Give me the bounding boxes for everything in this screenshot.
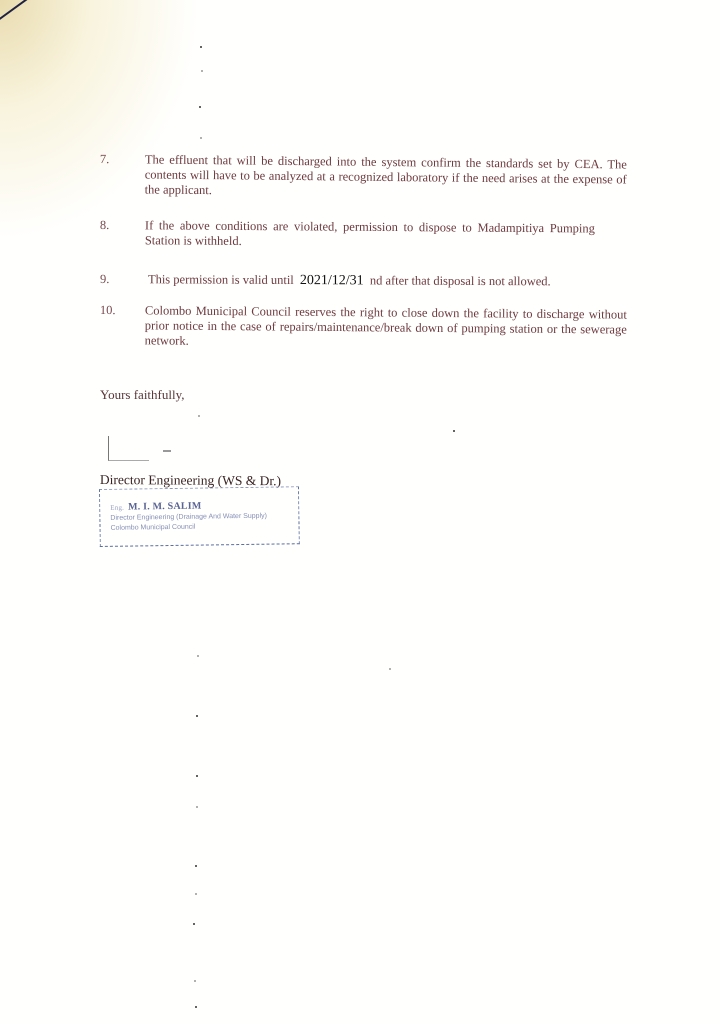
- scan-speck: [200, 46, 202, 48]
- page-fold-line: [0, 0, 59, 23]
- condition-number: 9.: [100, 272, 130, 287]
- stamp-prefix: Eng.: [110, 504, 124, 512]
- scan-speck: [199, 106, 201, 108]
- scan-speck: [389, 668, 391, 670]
- validity-date: 2021/12/31: [297, 273, 367, 288]
- condition-text: Colombo Municipal Council reserves the r…: [145, 303, 627, 352]
- condition-text: This permission is valid until 2021/12/3…: [148, 272, 648, 290]
- condition-number: 8.: [100, 218, 130, 233]
- scan-speck: [453, 430, 455, 432]
- stamp-title: Director Engineering (Drainage And Water…: [110, 513, 267, 522]
- signature-mark: [108, 436, 149, 461]
- official-stamp: Eng.M. I. M. SALIM Director Engineering …: [99, 486, 300, 547]
- scan-speck: [193, 923, 195, 925]
- scan-speck: [196, 715, 198, 717]
- scan-speck: [196, 806, 198, 808]
- condition-text: If the above conditions are violated, pe…: [145, 218, 595, 251]
- scan-speck: [195, 865, 197, 867]
- condition-number: 10.: [100, 303, 130, 318]
- scan-speck: [194, 980, 196, 982]
- condition-number: 7.: [100, 152, 130, 167]
- scan-speck: [196, 775, 198, 777]
- stamp-name: M. I. M. SALIM: [128, 501, 202, 513]
- validity-text-after: nd after that disposal is not allowed.: [370, 273, 551, 288]
- condition-text: The effluent that will be discharged int…: [145, 152, 627, 202]
- closing-salutation: Yours faithfully,: [100, 387, 185, 403]
- stamp-organization: Colombo Municipal Council: [111, 524, 196, 532]
- scan-speck: [200, 137, 202, 139]
- scan-speck: [195, 1006, 197, 1008]
- scan-speck: [201, 70, 203, 72]
- stamp-name-line: Eng.M. I. M. SALIM: [110, 501, 201, 513]
- document-page: 7. The effluent that will be discharged …: [0, 0, 720, 1024]
- scan-speck: [195, 893, 197, 895]
- scan-speck: [198, 415, 200, 417]
- validity-text-before: This permission is valid until: [148, 272, 294, 287]
- scan-speck: [197, 655, 199, 657]
